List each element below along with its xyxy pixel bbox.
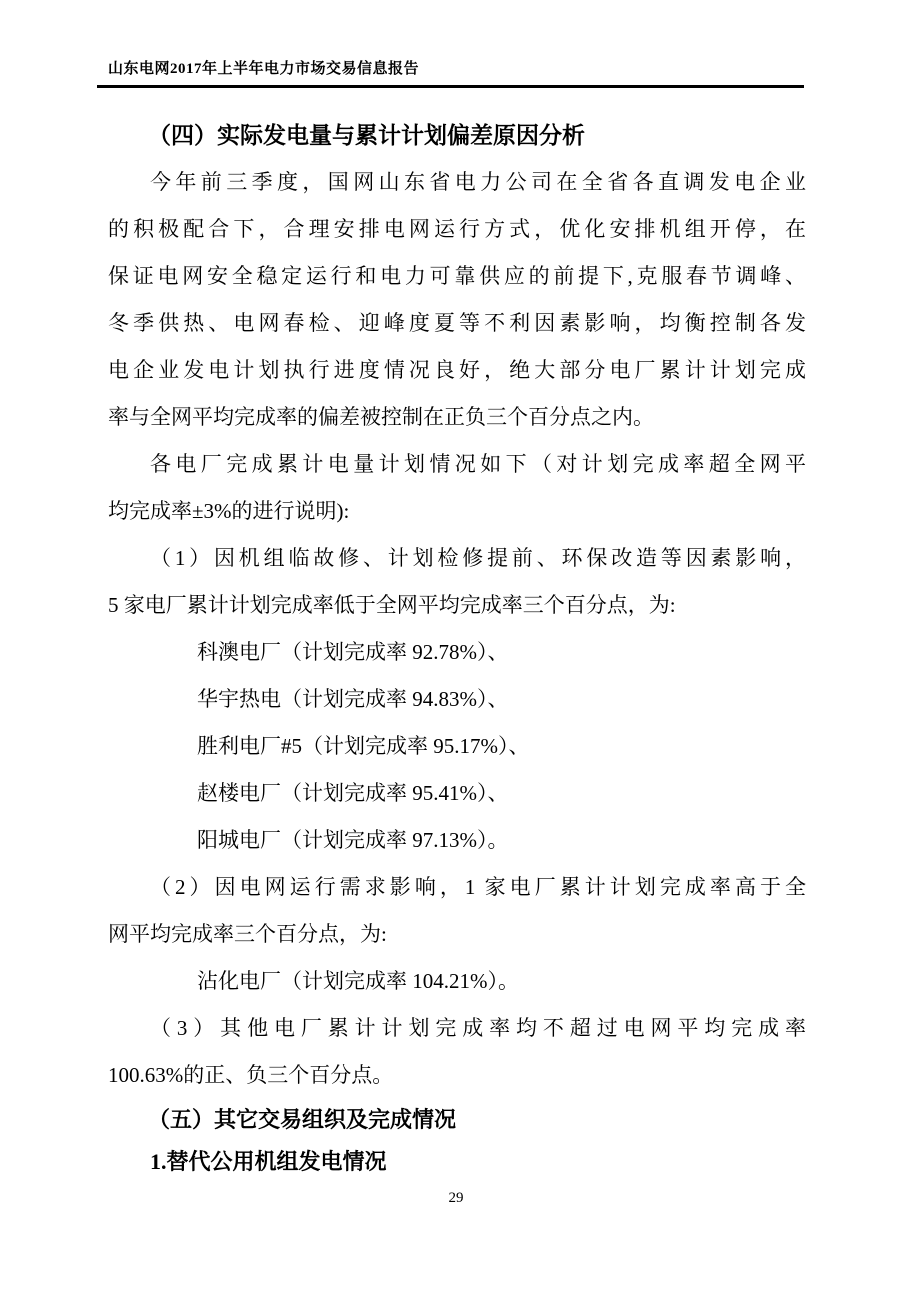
text-line: 均完成率±3%的进行说明): — [108, 488, 806, 535]
document-content: （四）实际发电量与累计计划偏差原因分析 今年前三季度，国网山东省电力公司在全省各… — [108, 112, 806, 1183]
list-item: 胜利电厂#5（计划完成率 95.17%）、 — [108, 723, 806, 770]
text-line: 各电厂完成累计电量计划情况如下（对计划完成率超全网平 — [108, 441, 806, 488]
text-line: 冬季供热、电网春检、迎峰度夏等不利因素影响，均衡控制各发 — [108, 300, 806, 347]
page-number: 29 — [449, 1190, 464, 1206]
page-footer: 29 — [0, 1190, 912, 1207]
header-title: 山东电网2017年上半年电力市场交易信息报告 — [108, 57, 419, 78]
text-line: （2）因电网运行需求影响，1 家电厂累计计划完成率高于全 — [108, 864, 806, 911]
header-rule — [97, 85, 804, 88]
text-line: 100.63%的正、负三个百分点。 — [108, 1052, 806, 1099]
text-line: 电企业发电计划执行进度情况良好，绝大部分电厂累计计划完成 — [108, 347, 806, 394]
text-line: 保证电网安全稳定运行和电力可靠供应的前提下,克服春节调峰、 — [108, 253, 806, 300]
list-item: 沾化电厂（计划完成率 104.21%）。 — [108, 958, 806, 1005]
text-line: 5 家电厂累计计划完成率低于全网平均完成率三个百分点，为: — [108, 582, 806, 629]
section-heading-5: （五）其它交易组织及完成情况 — [108, 1099, 806, 1141]
text-line: 的积极配合下，合理安排电网运行方式，优化安排机组开停，在 — [108, 206, 806, 253]
list-item: 科澳电厂（计划完成率 92.78%）、 — [108, 629, 806, 676]
list-item: 华宇热电（计划完成率 94.83%）、 — [108, 676, 806, 723]
text-line: 网平均完成率三个百分点，为: — [108, 911, 806, 958]
document-page: 山东电网2017年上半年电力市场交易信息报告 （四）实际发电量与累计计划偏差原因… — [0, 0, 912, 1290]
text-line: 今年前三季度，国网山东省电力公司在全省各直调发电企业 — [108, 159, 806, 206]
text-line: （3）其他电厂累计计划完成率均不超过电网平均完成率 — [108, 1005, 806, 1052]
section-heading-4: （四）实际发电量与累计计划偏差原因分析 — [108, 112, 806, 159]
text-line: （1）因机组临故修、计划检修提前、环保改造等因素影响， — [108, 535, 806, 582]
text-line: 率与全网平均完成率的偏差被控制在正负三个百分点之内。 — [108, 394, 806, 441]
list-item: 阳城电厂（计划完成率 97.13%）。 — [108, 817, 806, 864]
sub-heading-1: 1.替代公用机组发电情况 — [108, 1141, 806, 1183]
list-item: 赵楼电厂（计划完成率 95.41%）、 — [108, 770, 806, 817]
